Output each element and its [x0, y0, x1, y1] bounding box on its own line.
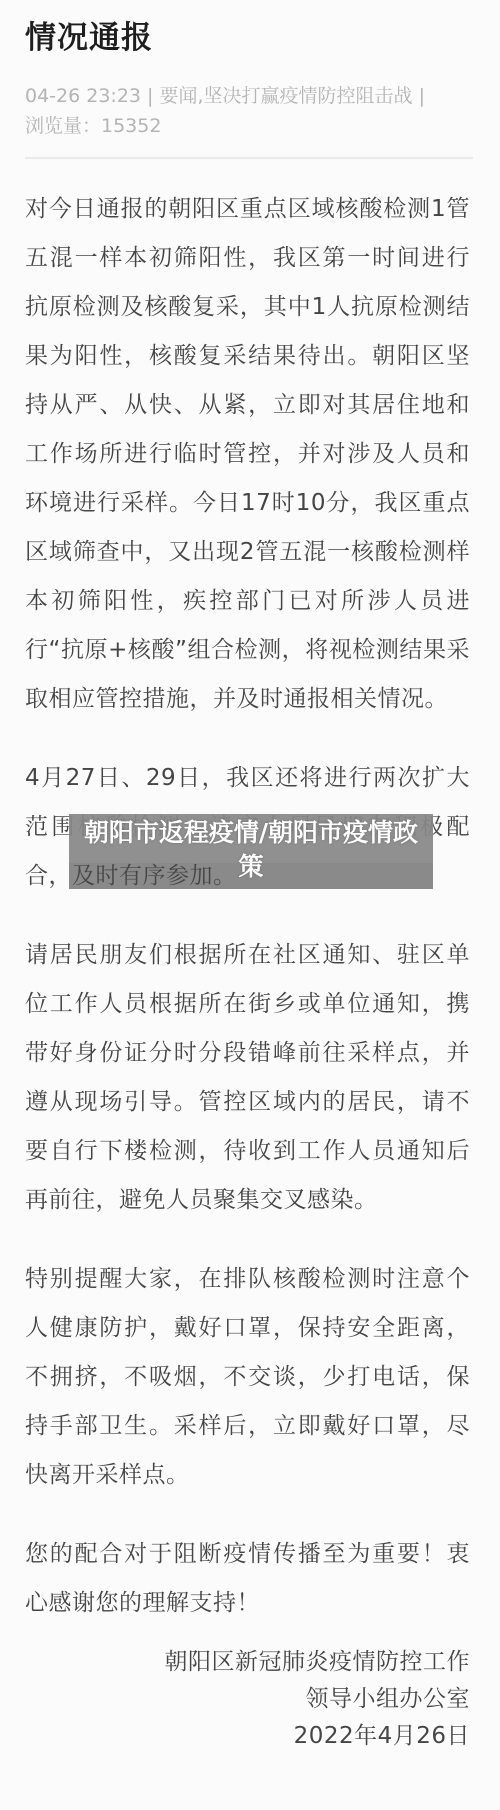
watermark-text: 朝阳市返程疫情/朝阳市疫情政策 [69, 816, 433, 884]
signature-line-date: 2022年4月26日 [25, 1718, 470, 1755]
article-meta: 04-26 23:23 | 要闻,坚决打赢疫情防控阻击战 | 浏览量：15352 [0, 81, 500, 141]
paragraph-5: 您的配合对于阻断疫情传播至为重要！衷心感谢您的理解支持！ [25, 1530, 470, 1628]
paragraph-2-wrap: 4月27日、29日，我区还将进行两次扩大范围核酸检测，请广大居民朋友积极配合，及… [25, 754, 470, 901]
signature-line-office: 朝阳区新冠肺炎疫情防控工作 [25, 1644, 470, 1681]
article-meta-line-date-category: 04-26 23:23 | 要闻,坚决打赢疫情防控阻击战 | [25, 81, 473, 111]
page-title: 情况通报 [0, 0, 500, 56]
paragraph-1: 对今日通报的朝阳区重点区域核酸检测1管五混一样本初筛阳性，我区第一时间进行抗原检… [25, 185, 470, 724]
paragraph-4: 特别提醒大家，在排队核酸检测时注意个人健康防护，戴好口罩，保持安全距离，不拥挤，… [25, 1255, 470, 1500]
article-page: 情况通报 04-26 23:23 | 要闻,坚决打赢疫情防控阻击战 | 浏览量：… [0, 0, 500, 1810]
article-body: 对今日通报的朝阳区重点区域核酸检测1管五混一样本初筛阳性，我区第一时间进行抗原检… [0, 185, 500, 1628]
signature-block: 朝阳区新冠肺炎疫情防控工作 领导小组办公室 2022年4月26日 [0, 1644, 500, 1755]
article-meta-line-views: 浏览量：15352 [25, 111, 473, 141]
paragraph-3: 请居民朋友们根据所在社区通知、驻区单位工作人员根据所在街乡或单位通知，携带好身份… [25, 931, 470, 1225]
divider [25, 157, 473, 159]
signature-line-group: 领导小组办公室 [25, 1681, 470, 1718]
